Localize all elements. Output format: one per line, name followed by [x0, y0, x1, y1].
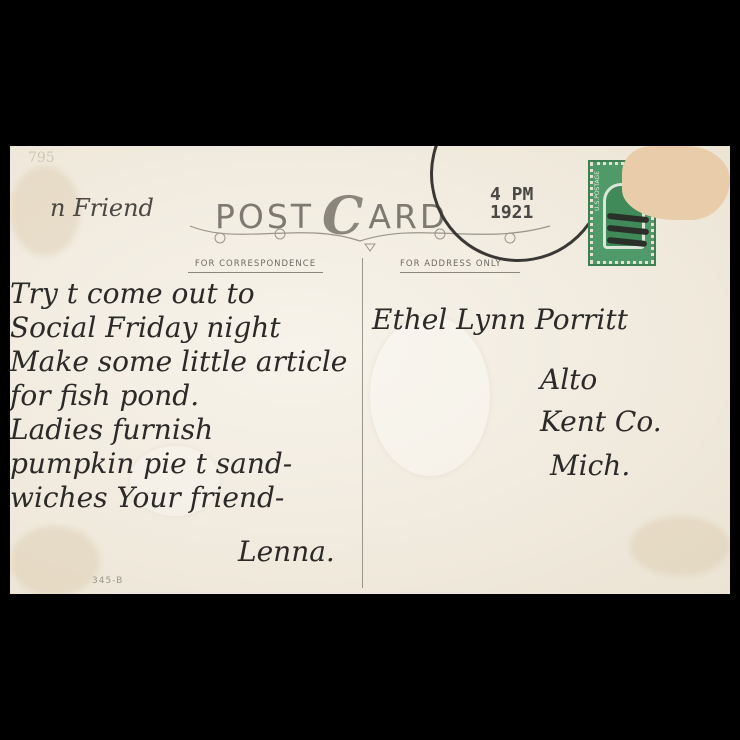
embossed-flower [370, 316, 490, 476]
torn-paper-patch [622, 146, 730, 220]
label-address: FOR ADDRESS ONLY [400, 259, 520, 273]
postmark: 4 PM 1921 [490, 186, 533, 222]
age-stain [10, 526, 100, 594]
postmark-year: 1921 [490, 204, 533, 222]
address-town: Alto [540, 366, 597, 394]
message-signature: Lenna. [238, 538, 335, 566]
message-line: wiches Your friend- [10, 484, 284, 512]
label-correspondence: FOR CORRESPONDENCE [188, 259, 323, 273]
message-line: Make some little article [10, 348, 347, 376]
message-line: pumpkin pie t sand- [10, 450, 292, 478]
address-name: Ethel Lynn Porritt [372, 306, 628, 334]
message-line: for fish pond. [10, 382, 199, 410]
pencil-mark: 795 [28, 150, 55, 166]
stamp-text: U.S.POSTAGE [594, 171, 601, 211]
message-line: Social Friday night [10, 314, 281, 342]
message-greeting: n Friend [50, 196, 154, 220]
postcard-back: 795 POSTCARD FOR CORRESPONDENCE FOR ADDR… [10, 146, 730, 594]
message-line: Ladies furnish [10, 416, 213, 444]
message-line: Try t come out to [10, 280, 255, 308]
serial-number: 345-B [92, 576, 123, 586]
address-county: Kent Co. [540, 408, 662, 436]
age-stain [630, 516, 730, 576]
center-divider [362, 258, 363, 588]
address-state: Mich. [550, 452, 630, 480]
